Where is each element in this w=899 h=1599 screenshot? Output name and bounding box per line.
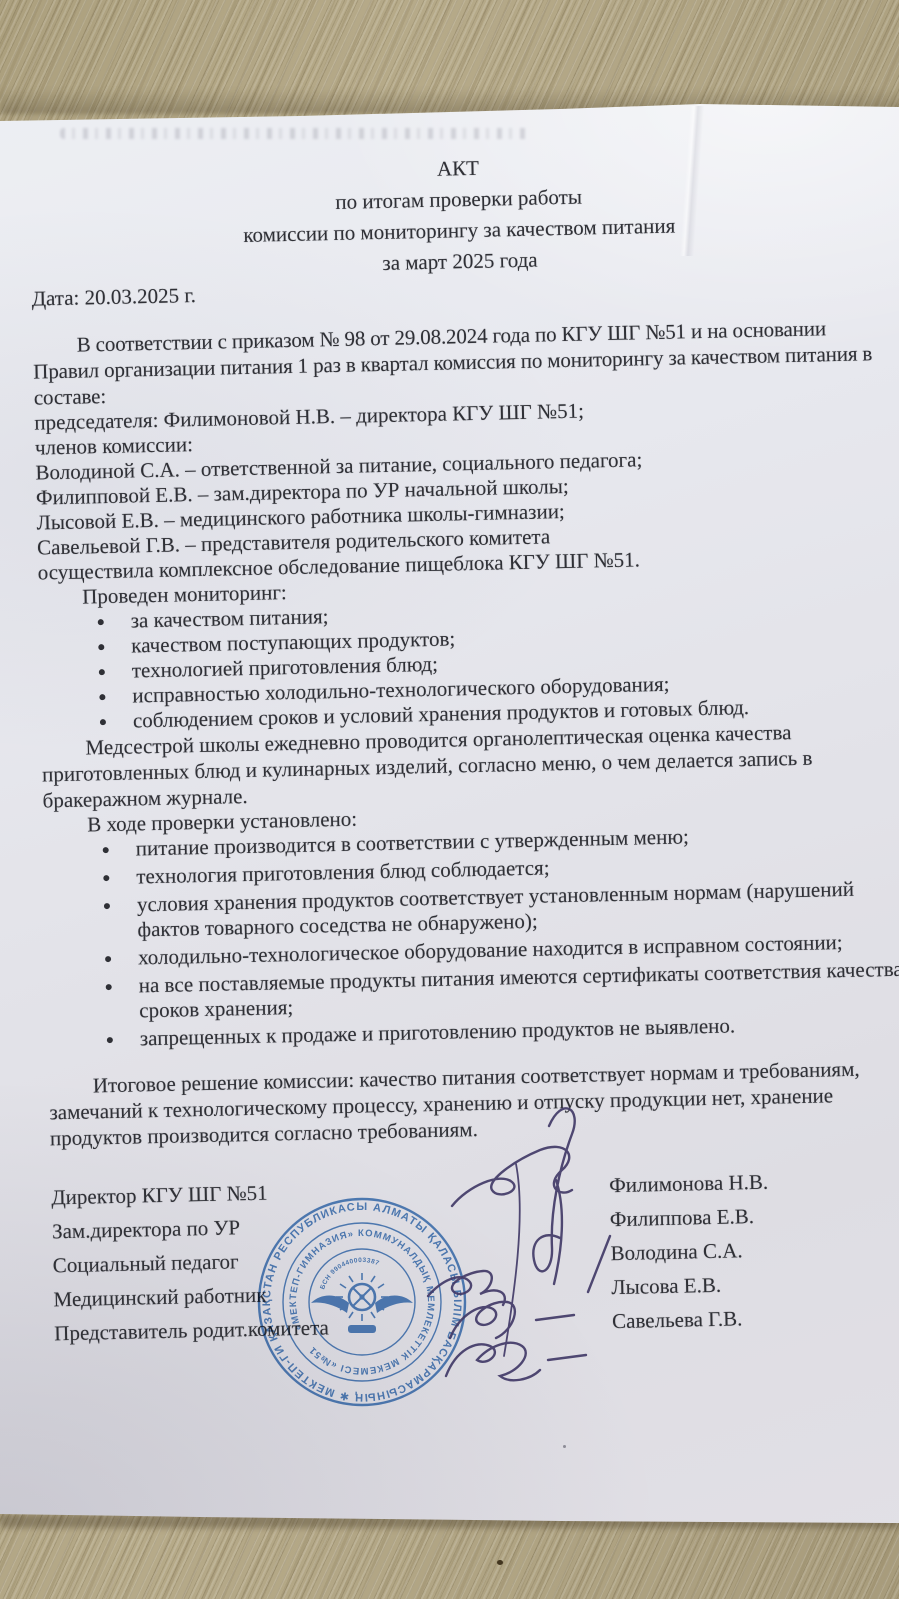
signature-stroke-savelyeva bbox=[446, 1343, 586, 1380]
wood-speck bbox=[497, 1560, 503, 1565]
photo-of-document: { "photo": { "colors": { "wood": "#b2a68… bbox=[0, 0, 899, 1599]
handwritten-signatures bbox=[0, 0, 899, 1599]
signature-stroke-director bbox=[452, 1147, 572, 1206]
signature-stroke-volodina bbox=[428, 1271, 505, 1305]
signature-stroke-slash bbox=[588, 1236, 610, 1292]
signature-stroke-deputy bbox=[533, 1108, 574, 1284]
document-sheet: АКТпо итогам проверки работыкомиссии по … bbox=[0, 0, 899, 1599]
